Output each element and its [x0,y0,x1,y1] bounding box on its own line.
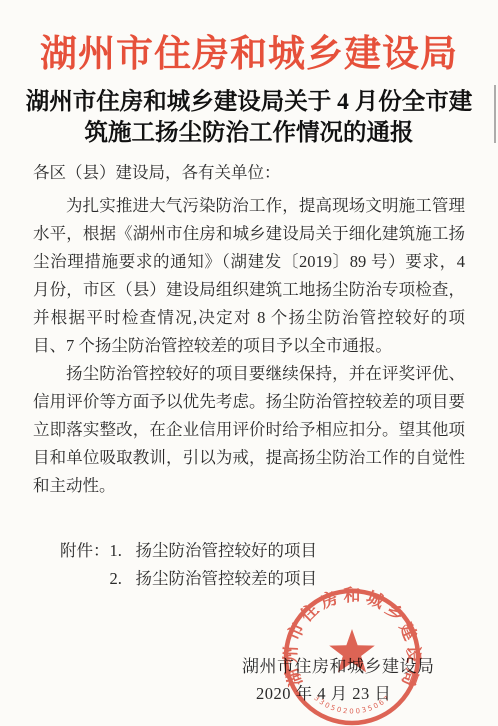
body-paragraph-2: 扬尘防治管控较好的项目要继续保持，并在评奖评优、信用评价等方面予以优先考虑。扬尘… [33,360,465,500]
seal-star-icon [329,629,375,672]
attachment-title: 扬尘防治管控较好的项目 [136,537,318,565]
salutation: 各区（县）建设局，各有关单位： [33,159,465,187]
attachments-label: 附件： [60,537,110,593]
document-title: 湖州市住房和城乡建设局关于 4 月份全市建筑施工扬尘防治工作情况的通报 [18,87,480,149]
agency-letterhead: 湖州市住房和城乡建设局 [0,33,498,77]
attachment-item: 1. 扬尘防治管控较好的项目 [110,537,318,565]
official-seal: 湖州市住房和城乡建设局 3305020035067 [277,582,427,726]
attachment-number: 2. [110,565,136,593]
seal-code: 3305020035067 [312,694,391,716]
document-page: 湖州市住房和城乡建设局 湖州市住房和城乡建设局关于 4 月份全市建筑施工扬尘防治… [0,0,498,726]
scan-artifact-line [494,85,496,143]
attachment-number: 1. [110,537,136,565]
body-paragraph-1: 为扎实推进大气污染防治工作，提高现场文明施工管理水平，根据《湖州市住房和城乡建设… [33,192,465,360]
